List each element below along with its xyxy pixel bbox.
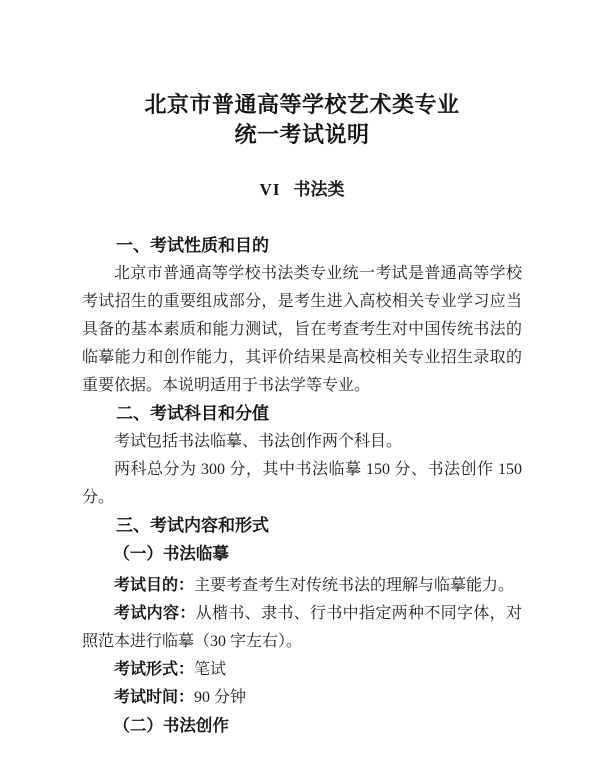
section-2-heading: 二、考试科目和分值 xyxy=(82,400,522,428)
subsection-calligraphy-creation-heading: （二）书法创作 xyxy=(82,712,522,740)
item-exam-format-label: 考试形式： xyxy=(114,661,194,678)
document-title: 北京市普通高等学校艺术类专业 统一考试说明 xyxy=(82,90,522,150)
subsection-calligraphy-copying-heading: （一）书法临摹 xyxy=(82,540,522,568)
subtitle-label: 书法类 xyxy=(293,180,344,199)
item-exam-duration: 考试时间：90 分钟 xyxy=(82,684,522,712)
item-exam-format-text: 笔试 xyxy=(194,661,226,678)
title-line-2: 统一考试说明 xyxy=(82,120,522,150)
section-1-paragraph: 北京市普通高等学校书法类专业统一考试是普通高等学校考试招生的重要组成部分，是考生… xyxy=(82,260,522,400)
section-exam-subjects-and-scores: 二、考试科目和分值 考试包括书法临摹、书法创作两个科目。 两科总分为 300 分… xyxy=(82,400,522,512)
section-exam-content-and-format: 三、考试内容和形式 （一）书法临摹 考试目的：主要考查考生对传统书法的理解与临摹… xyxy=(82,512,522,740)
subtitle-roman-numeral: VI xyxy=(260,180,281,199)
document-page: 北京市普通高等学校艺术类专业 统一考试说明 VI书法类 一、考试性质和目的 北京… xyxy=(0,0,600,772)
item-exam-purpose-text: 主要考查考生对传统书法的理解与临摹能力。 xyxy=(194,577,514,594)
section-3-heading: 三、考试内容和形式 xyxy=(82,512,522,540)
calligraphy-copying-items: 考试目的：主要考查考生对传统书法的理解与临摹能力。 考试内容：从楷书、隶书、行书… xyxy=(82,572,522,712)
item-exam-purpose-label: 考试目的： xyxy=(114,577,194,594)
item-exam-format: 考试形式：笔试 xyxy=(82,656,522,684)
item-exam-content: 考试内容：从楷书、隶书、行书中指定两种不同字体，对照范本进行临摹（30 字左右）… xyxy=(82,600,522,656)
item-exam-duration-text: 90 分钟 xyxy=(194,689,246,706)
document-subtitle: VI书法类 xyxy=(82,178,522,202)
section-2-paragraph-1: 考试包括书法临摹、书法创作两个科目。 xyxy=(82,428,522,456)
item-exam-duration-label: 考试时间： xyxy=(114,689,194,706)
item-exam-purpose: 考试目的：主要考查考生对传统书法的理解与临摹能力。 xyxy=(82,572,522,600)
section-exam-nature-and-purpose: 一、考试性质和目的 北京市普通高等学校书法类专业统一考试是普通高等学校考试招生的… xyxy=(82,232,522,400)
section-2-paragraph-2: 两科总分为 300 分，其中书法临摹 150 分、书法创作 150 分。 xyxy=(82,456,522,512)
document-body: 一、考试性质和目的 北京市普通高等学校书法类专业统一考试是普通高等学校考试招生的… xyxy=(82,232,522,740)
item-exam-content-label: 考试内容： xyxy=(114,605,196,622)
section-1-heading: 一、考试性质和目的 xyxy=(82,232,522,260)
title-line-1: 北京市普通高等学校艺术类专业 xyxy=(82,90,522,120)
